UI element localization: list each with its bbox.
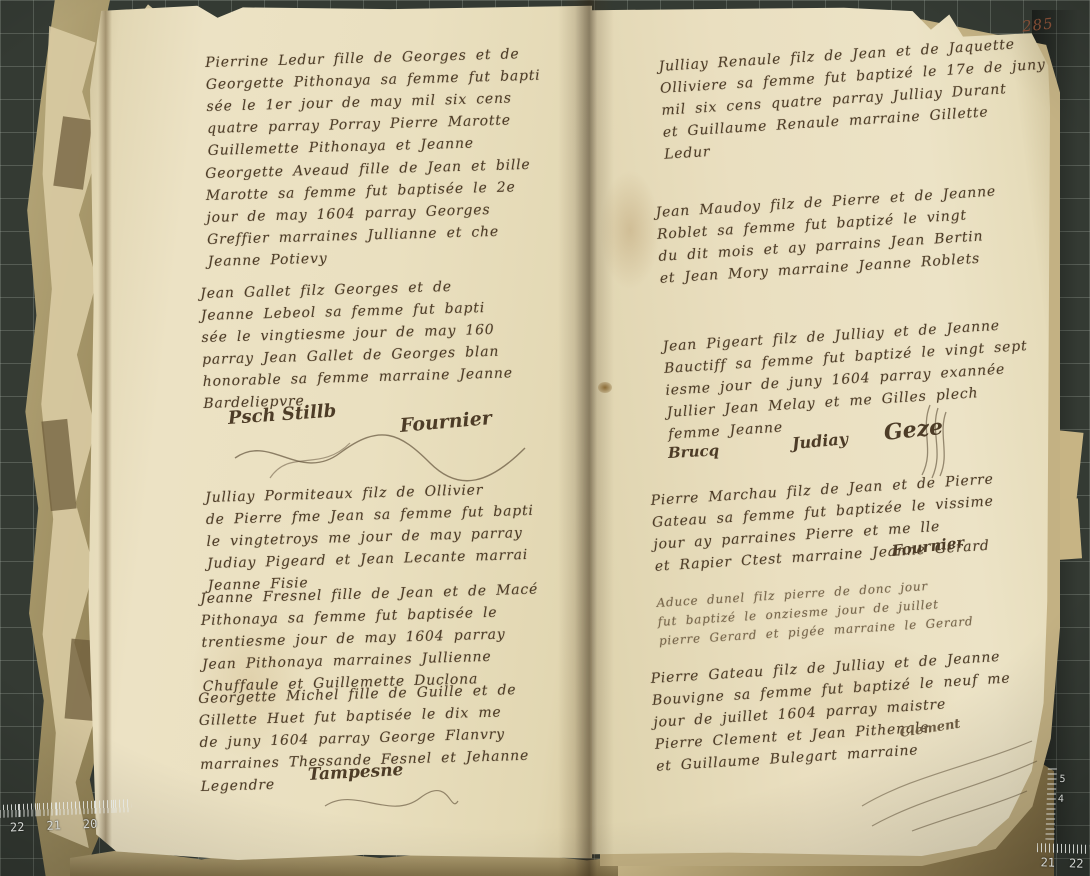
ruler-number: 21 [1040,855,1055,869]
signature-flourish [852,736,1042,836]
signature: Brucq [668,441,720,462]
page-crease [98,4,112,860]
baptism-entry: Jean Pigeart filz de Julliay et de Jeann… [662,313,1032,446]
ruler-number: 22 [1069,856,1084,870]
baptism-entry: Jean Gallet filz Georges et de Jeanne Le… [200,274,514,415]
ruler-ticks [1045,767,1057,839]
paper-stain [600,170,660,290]
book-gutter [558,0,614,876]
ruler-number: 21 [46,818,61,833]
ink-stain [598,382,612,393]
ruler-ticks [1037,843,1089,854]
manuscript-photo: 22 21 20 5 4 21 22 285 Pierrine Ledur fi… [0,0,1090,876]
folio-number: 285 [1021,14,1054,35]
baptism-entry: Georgette Aveaud fille de Jean et bille … [205,154,533,273]
signature-flourish [860,400,950,480]
ruler-number: 20 [83,817,98,832]
ruler-bottom-right: 5 4 21 22 [1036,767,1090,876]
ruler-number: 4 [1058,794,1064,805]
ruler-bottom-left: 22 21 20 [0,799,133,853]
signature-flourish [320,786,460,826]
ruler-number: 5 [1059,774,1065,785]
ruler-number: 22 [10,820,25,835]
baptism-entry: Pierrine Ledur fille de Georges et de Ge… [205,43,543,162]
